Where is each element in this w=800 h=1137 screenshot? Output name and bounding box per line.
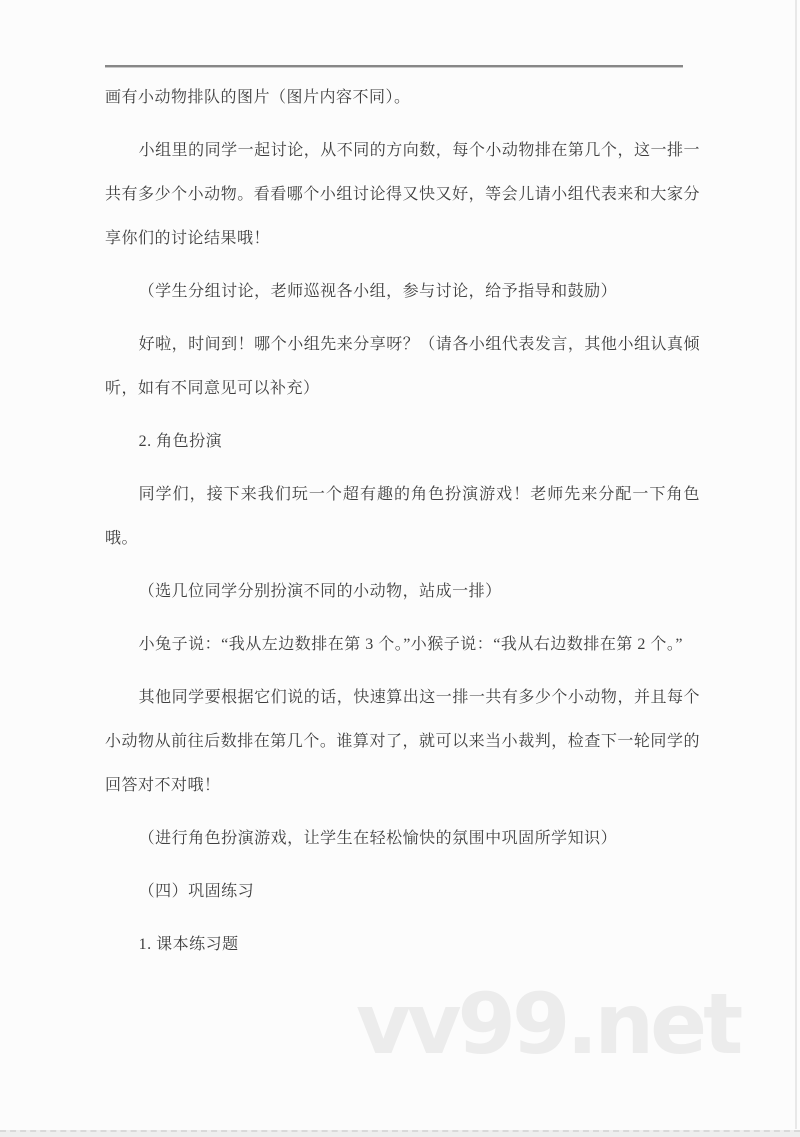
document-page: 画有小动物排队的图片（图片内容不同）。 小组里的同学一起讨论，从不同的方向数，每…	[0, 0, 800, 1137]
paragraph: 同学们，接下来我们玩一个超有趣的角色扮演游戏！老师先来分配一下角色哦。	[105, 473, 700, 561]
document-body: 画有小动物排队的图片（图片内容不同）。 小组里的同学一起讨论，从不同的方向数，每…	[105, 76, 700, 976]
paragraph: 好啦，时间到！哪个小组先来分享呀？（请各小组代表发言，其他小组认真倾听，如有不同…	[105, 323, 700, 411]
watermark: vv99.net	[356, 982, 739, 1066]
section-heading-textbook-exercises: 1. 课本练习题	[105, 923, 700, 967]
section-heading-consolidation: （四）巩固练习	[105, 870, 700, 914]
paragraph-stage-note: （学生分组讨论，老师巡视各小组，参与讨论，给予指导和鼓励）	[105, 270, 700, 314]
paragraph-dialogue: 小兔子说：“我从左边数排在第 3 个。”小猴子说：“我从右边数排在第 2 个。”	[105, 623, 700, 667]
page-bottom-edge	[0, 1130, 800, 1137]
paragraph: 其他同学要根据它们说的话，快速算出这一排一共有多少个小动物，并且每个小动物从前往…	[105, 676, 700, 808]
section-heading-role-play: 2. 角色扮演	[105, 420, 700, 464]
paragraph-stage-note: （进行角色扮演游戏，让学生在轻松愉快的氛围中巩固所学知识）	[105, 817, 700, 861]
header-rule	[105, 65, 683, 68]
paragraph-stage-note: （选几位同学分别扮演不同的小动物，站成一排）	[105, 570, 700, 614]
page-right-edge	[795, 0, 797, 1129]
paragraph: 画有小动物排队的图片（图片内容不同）。	[105, 76, 700, 120]
paragraph: 小组里的同学一起讨论，从不同的方向数，每个小动物排在第几个，这一排一共有多少个小…	[105, 129, 700, 261]
